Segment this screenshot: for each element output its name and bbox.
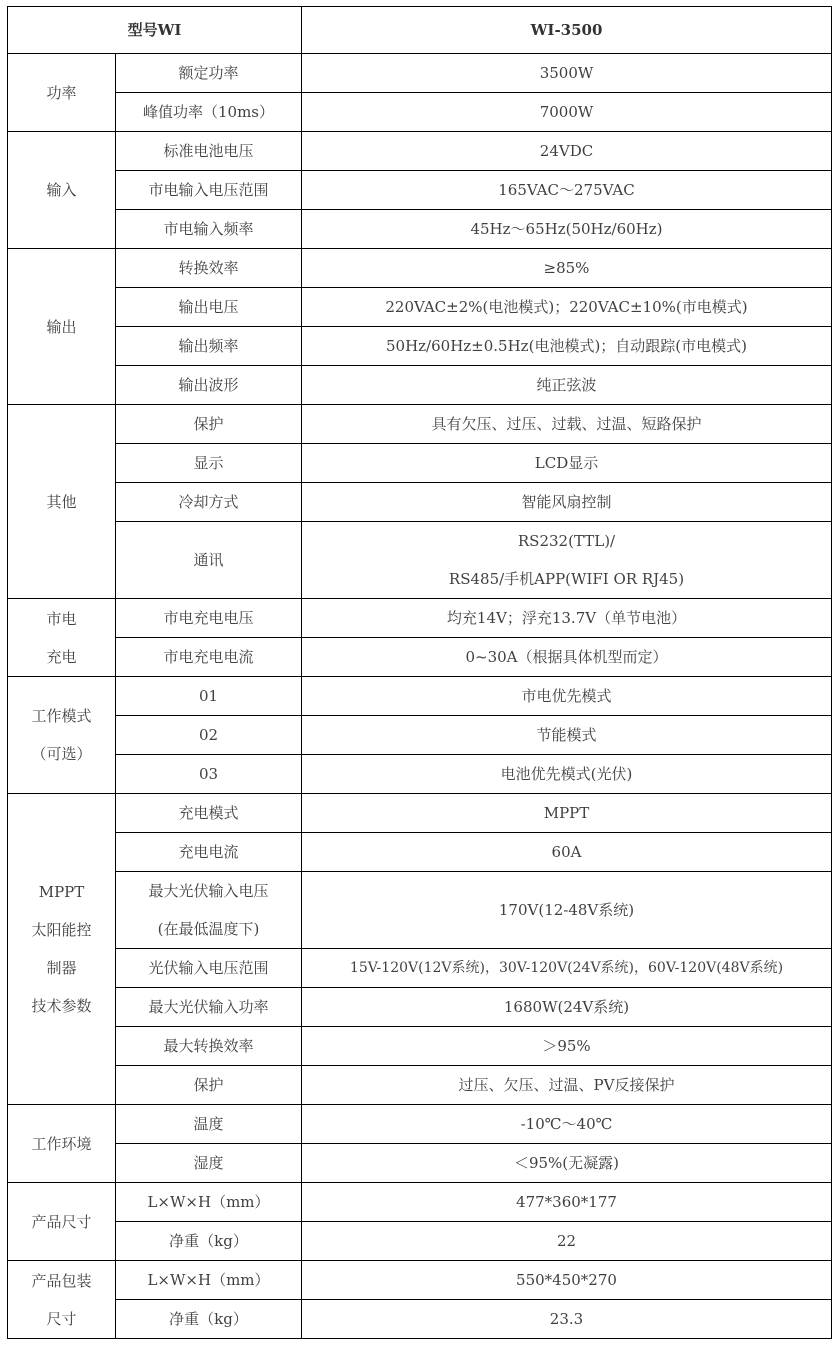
param-cell: 湿度	[116, 1144, 302, 1183]
param-cell: 市电输入频率	[116, 210, 302, 249]
value-cell: 0~30A（根据具体机型而定）	[302, 638, 832, 677]
param-cell: 最大光伏输入电压 (在最低温度下)	[116, 872, 302, 949]
param-cell: 市电输入电压范围	[116, 171, 302, 210]
group-package-size: 产品包装 尺寸	[8, 1261, 116, 1339]
table-row: 峰值功率（10ms） 7000W	[8, 93, 832, 132]
value-cell: 3500W	[302, 54, 832, 93]
table-row: 产品包装 尺寸 L×W×H（mm） 550*450*270	[8, 1261, 832, 1300]
group-label-line: 产品包装	[12, 1262, 111, 1300]
value-cell: RS232(TTL)/ RS485/手机APP(WIFI OR RJ45)	[302, 522, 832, 599]
table-row: MPPT 太阳能控 制器 技术参数 充电模式 MPPT	[8, 794, 832, 833]
param-cell: 冷却方式	[116, 483, 302, 522]
param-cell: 输出波形	[116, 366, 302, 405]
value-cell: 23.3	[302, 1300, 832, 1339]
param-cell: 充电电流	[116, 833, 302, 872]
group-mppt: MPPT 太阳能控 制器 技术参数	[8, 794, 116, 1105]
header-label: 型号WI	[8, 7, 302, 54]
table-row: 光伏输入电压范围 15V-120V(12V系统)，30V-120V(24V系统)…	[8, 949, 832, 988]
table-row: 最大光伏输入电压 (在最低温度下) 170V(12-48V系统)	[8, 872, 832, 949]
table-row: 02 节能模式	[8, 716, 832, 755]
value-cell: ＞95%	[302, 1027, 832, 1066]
param-cell: 保护	[116, 1066, 302, 1105]
group-output: 输出	[8, 249, 116, 405]
table-row: 市电充电电流 0~30A（根据具体机型而定）	[8, 638, 832, 677]
param-cell: L×W×H（mm）	[116, 1183, 302, 1222]
table-row: 输出波形 纯正弦波	[8, 366, 832, 405]
header-row: 型号WI WI-3500	[8, 7, 832, 54]
table-row: 通讯 RS232(TTL)/ RS485/手机APP(WIFI OR RJ45)	[8, 522, 832, 599]
param-cell: 02	[116, 716, 302, 755]
table-row: 其他 保护 具有欠压、过压、过载、过温、短路保护	[8, 405, 832, 444]
table-row: 市电输入电压范围 165VAC～275VAC	[8, 171, 832, 210]
value-cell: 7000W	[302, 93, 832, 132]
param-cell: 转换效率	[116, 249, 302, 288]
table-row: 显示 LCD显示	[8, 444, 832, 483]
group-label-line: 尺寸	[12, 1300, 111, 1338]
value-cell: 165VAC～275VAC	[302, 171, 832, 210]
group-environment: 工作环境	[8, 1105, 116, 1183]
value-cell: 550*450*270	[302, 1261, 832, 1300]
group-product-size: 产品尺寸	[8, 1183, 116, 1261]
value-cell: -10℃～40℃	[302, 1105, 832, 1144]
value-cell: ＜95%(无凝露)	[302, 1144, 832, 1183]
value-cell: 170V(12-48V系统)	[302, 872, 832, 949]
group-work-mode: 工作模式 （可选）	[8, 677, 116, 794]
param-cell: 输出电压	[116, 288, 302, 327]
table-row: 产品尺寸 L×W×H（mm） 477*360*177	[8, 1183, 832, 1222]
value-cell: 纯正弦波	[302, 366, 832, 405]
value-cell: 22	[302, 1222, 832, 1261]
value-cell: 市电优先模式	[302, 677, 832, 716]
group-other: 其他	[8, 405, 116, 599]
table-row: 最大转换效率 ＞95%	[8, 1027, 832, 1066]
param-line: 最大光伏输入电压	[120, 872, 297, 910]
group-label-line: 市电	[12, 600, 111, 638]
value-line: RS485/手机APP(WIFI OR RJ45)	[306, 560, 827, 598]
value-cell: LCD显示	[302, 444, 832, 483]
table-row: 冷却方式 智能风扇控制	[8, 483, 832, 522]
table-row: 输出 转换效率 ≥85%	[8, 249, 832, 288]
value-cell: 15V-120V(12V系统)，30V-120V(24V系统)，60V-120V…	[302, 949, 832, 988]
param-cell: 标准电池电压	[116, 132, 302, 171]
param-cell: 市电充电电压	[116, 599, 302, 638]
value-cell: 具有欠压、过压、过载、过温、短路保护	[302, 405, 832, 444]
param-cell: 显示	[116, 444, 302, 483]
table-row: 最大光伏输入功率 1680W(24V系统)	[8, 988, 832, 1027]
param-cell: 市电充电电流	[116, 638, 302, 677]
value-cell: 过压、欠压、过温、PV反接保护	[302, 1066, 832, 1105]
table-row: 03 电池优先模式(光伏)	[8, 755, 832, 794]
group-label-line: 太阳能控	[12, 911, 111, 949]
value-cell: 477*360*177	[302, 1183, 832, 1222]
value-cell: 50Hz/60Hz±0.5Hz(电池模式)；自动跟踪(市电模式)	[302, 327, 832, 366]
table-row: 净重（kg） 23.3	[8, 1300, 832, 1339]
table-row: 市电输入频率 45Hz～65Hz(50Hz/60Hz)	[8, 210, 832, 249]
param-cell: 净重（kg）	[116, 1222, 302, 1261]
value-cell: MPPT	[302, 794, 832, 833]
group-label-line: 技术参数	[12, 987, 111, 1025]
group-input: 输入	[8, 132, 116, 249]
group-label-line: （可选）	[12, 735, 111, 773]
param-cell: 03	[116, 755, 302, 794]
group-mains-charging: 市电 充电	[8, 599, 116, 677]
table-row: 工作环境 温度 -10℃～40℃	[8, 1105, 832, 1144]
group-label-line: 制器	[12, 949, 111, 987]
param-cell: 输出频率	[116, 327, 302, 366]
group-label-line: MPPT	[12, 873, 111, 911]
table-row: 输入 标准电池电压 24VDC	[8, 132, 832, 171]
param-cell: 光伏输入电压范围	[116, 949, 302, 988]
param-cell: 额定功率	[116, 54, 302, 93]
param-cell: 峰值功率（10ms）	[116, 93, 302, 132]
value-cell: 智能风扇控制	[302, 483, 832, 522]
param-cell: 净重（kg）	[116, 1300, 302, 1339]
group-label-line: 充电	[12, 638, 111, 676]
value-cell: 节能模式	[302, 716, 832, 755]
value-cell: 24VDC	[302, 132, 832, 171]
param-cell: 01	[116, 677, 302, 716]
param-cell: 通讯	[116, 522, 302, 599]
table-row: 净重（kg） 22	[8, 1222, 832, 1261]
group-label-line: 工作模式	[12, 697, 111, 735]
table-row: 市电 充电 市电充电电压 均充14V；浮充13.7V（单节电池）	[8, 599, 832, 638]
table-row: 工作模式 （可选） 01 市电优先模式	[8, 677, 832, 716]
param-cell: L×W×H（mm）	[116, 1261, 302, 1300]
table-row: 输出电压 220VAC±2%(电池模式)；220VAC±10%(市电模式)	[8, 288, 832, 327]
param-line: (在最低温度下)	[120, 910, 297, 948]
value-cell: 均充14V；浮充13.7V（单节电池）	[302, 599, 832, 638]
value-line: RS232(TTL)/	[306, 522, 827, 560]
value-cell: 电池优先模式(光伏)	[302, 755, 832, 794]
param-cell: 最大转换效率	[116, 1027, 302, 1066]
group-power: 功率	[8, 54, 116, 132]
param-cell: 保护	[116, 405, 302, 444]
table-row: 功率 额定功率 3500W	[8, 54, 832, 93]
table-row: 保护 过压、欠压、过温、PV反接保护	[8, 1066, 832, 1105]
table-row: 充电电流 60A	[8, 833, 832, 872]
table-row: 输出频率 50Hz/60Hz±0.5Hz(电池模式)；自动跟踪(市电模式)	[8, 327, 832, 366]
table-row: 湿度 ＜95%(无凝露)	[8, 1144, 832, 1183]
value-cell: 220VAC±2%(电池模式)；220VAC±10%(市电模式)	[302, 288, 832, 327]
param-cell: 最大光伏输入功率	[116, 988, 302, 1027]
value-cell: 60A	[302, 833, 832, 872]
value-cell: 1680W(24V系统)	[302, 988, 832, 1027]
value-cell: ≥85%	[302, 249, 832, 288]
header-model: WI-3500	[302, 7, 832, 54]
value-cell: 45Hz～65Hz(50Hz/60Hz)	[302, 210, 832, 249]
spec-table: 型号WI WI-3500 功率 额定功率 3500W 峰值功率（10ms） 70…	[7, 6, 832, 1339]
param-cell: 充电模式	[116, 794, 302, 833]
param-cell: 温度	[116, 1105, 302, 1144]
